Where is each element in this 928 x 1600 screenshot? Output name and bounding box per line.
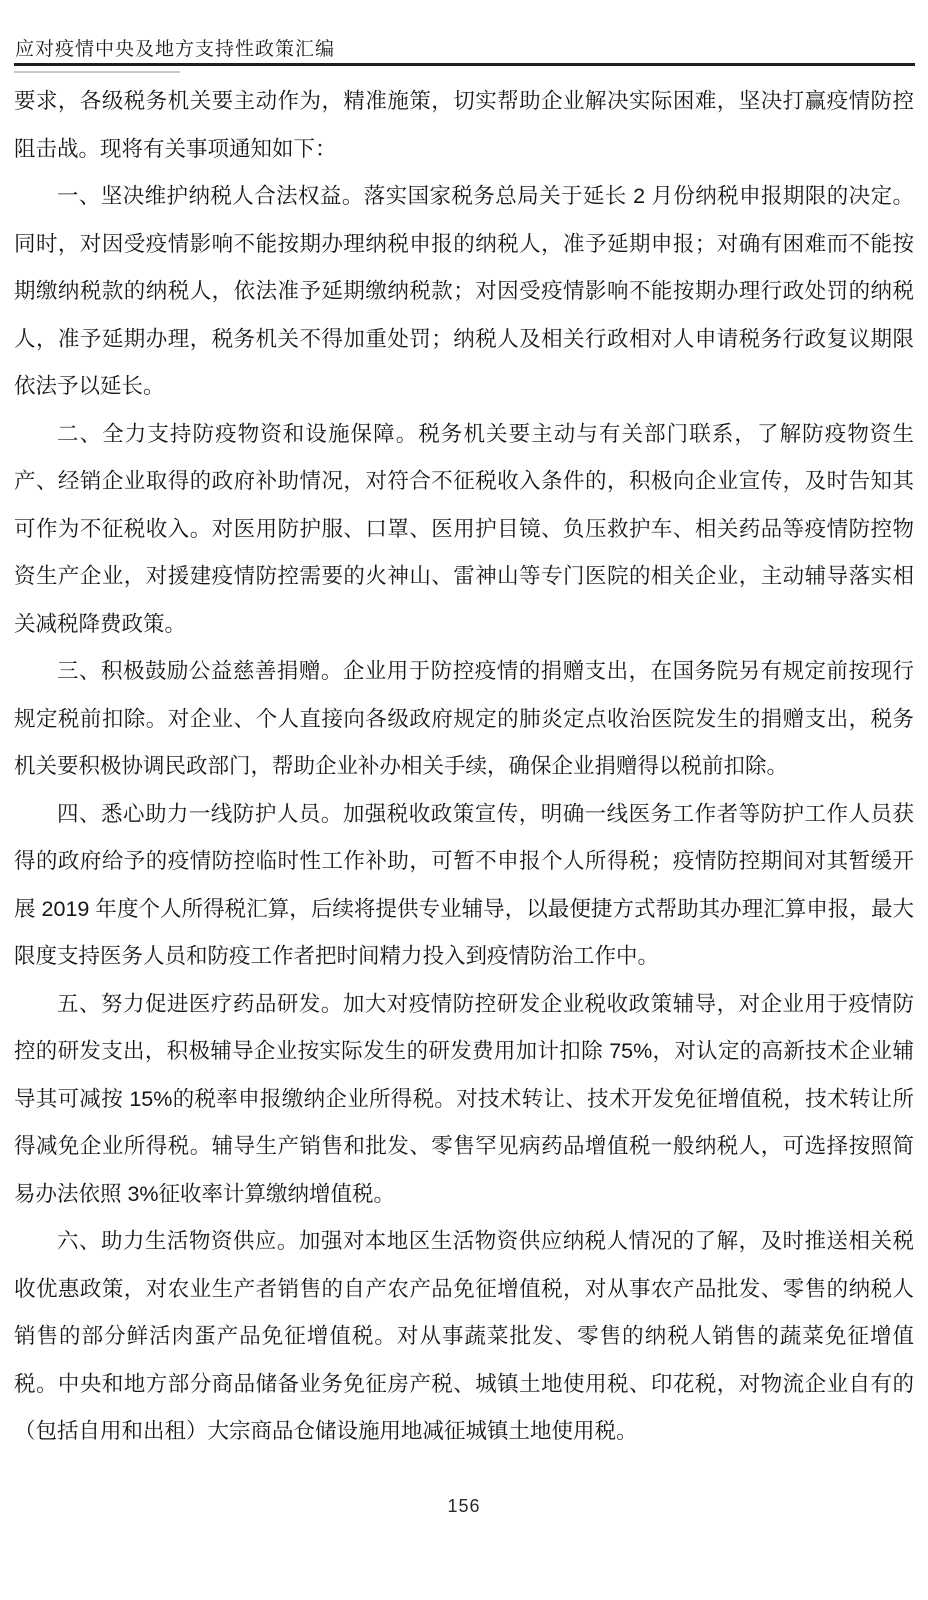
page-header-title: 应对疫情中央及地方支持性政策汇编 — [15, 34, 913, 61]
paragraph-item-2: 二、全力支持防疫物资和设施保障。税务机关要主动与有关部门联系，了解防疫物资生产、… — [14, 411, 914, 649]
header-divider-shadow — [14, 71, 180, 73]
paragraph-item-5: 五、努力促进医疗药品研发。加大对疫情防控研发企业税收政策辅导，对企业用于疫情防控… — [14, 981, 914, 1219]
paragraph-continuation: 要求，各级税务机关要主动作为，精准施策，切实帮助企业解决实际困难，坚决打赢疫情防… — [14, 78, 914, 173]
page-number: 156 — [0, 1496, 928, 1517]
document-body: 要求，各级税务机关要主动作为，精准施策，切实帮助企业解决实际困难，坚决打赢疫情防… — [14, 78, 914, 1456]
paragraph-item-6: 六、助力生活物资供应。加强对本地区生活物资供应纳税人情况的了解，及时推送相关税收… — [14, 1218, 914, 1456]
header-divider — [14, 63, 915, 66]
paragraph-item-4: 四、悉心助力一线防护人员。加强税收政策宣传，明确一线医务工作者等防护工作人员获得… — [14, 791, 914, 981]
document-page: 应对疫情中央及地方支持性政策汇编 要求，各级税务机关要主动作为，精准施策，切实帮… — [0, 0, 928, 1600]
paragraph-item-3: 三、积极鼓励公益慈善捐赠。企业用于防控疫情的捐赠支出，在国务院另有规定前按现行规… — [14, 648, 914, 791]
paragraph-item-1: 一、坚决维护纳税人合法权益。落实国家税务总局关于延长 2 月份纳税申报期限的决定… — [14, 173, 914, 411]
